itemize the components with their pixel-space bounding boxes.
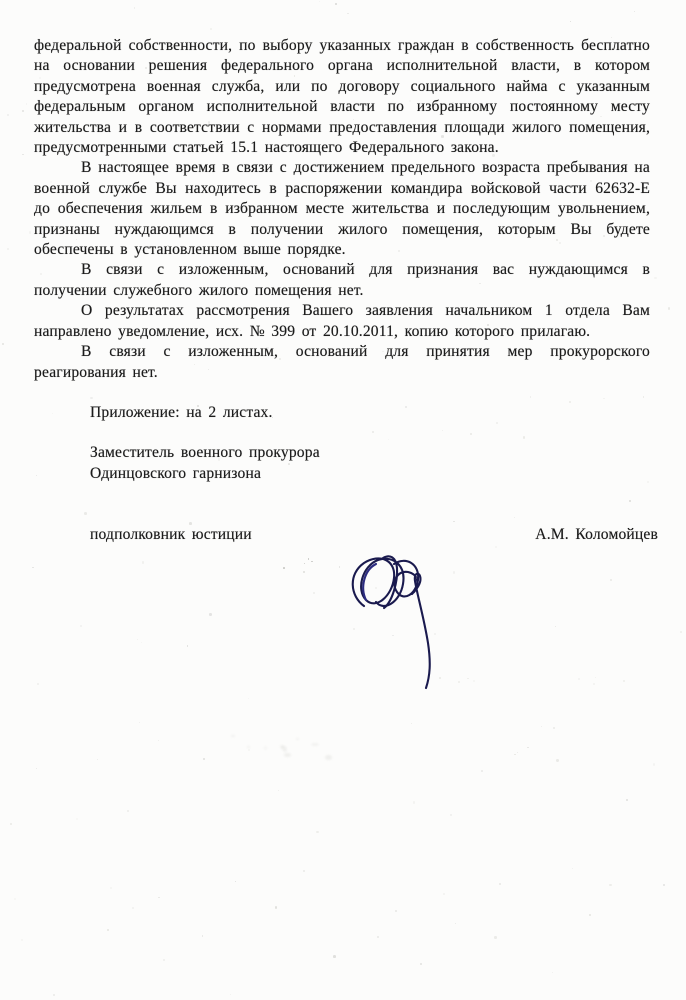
letter-body: федеральной собственности, по выбору ука… [34,36,650,546]
scanned-letter-page: федеральной собственности, по выбору ука… [0,0,686,1000]
signer-name: А.М. Коломойцев [535,525,658,545]
signer-rank: подполковник юстиции [34,526,252,543]
paragraph-4: О результатах рассмотрения Вашего заявле… [34,301,650,342]
signature-row: подполковник юстиции А.М. Коломойцев [34,525,650,546]
signer-position-line-1: Заместитель военного прокурора [34,443,650,463]
signer-position-line-2: Одинцовского гарнизона [34,464,650,484]
paragraph-2: В настоящее время в связи с достижением … [34,158,650,260]
paragraph-3: В связи с изложенным, оснований для приз… [34,260,650,301]
signature-scribble [336,548,448,696]
paragraph-1: федеральной собственности, по выбору ука… [34,36,650,158]
attachment-line: Приложение: на 2 листах. [34,403,650,423]
paragraph-5: В связи с изложенным, оснований для прин… [34,342,650,383]
